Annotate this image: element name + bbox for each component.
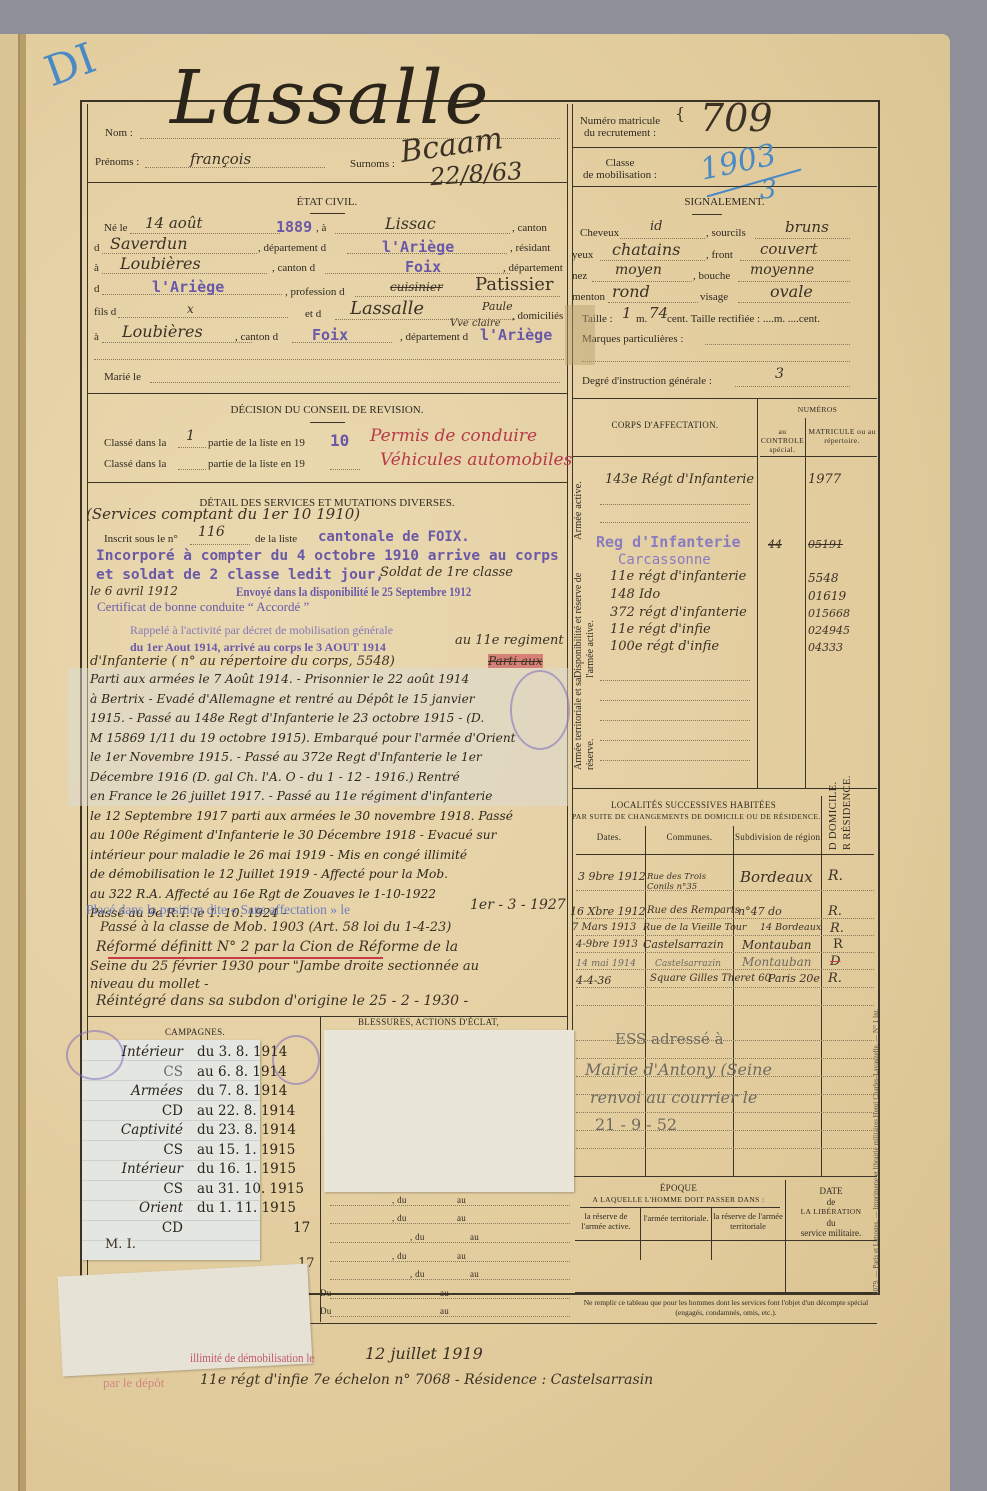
pencil-note-4: 21 - 9 - 52: [595, 1115, 677, 1134]
reforme-line-1: Réformé définitt N° 2 par la Cion de Réf…: [96, 939, 458, 955]
row-line: [330, 1223, 570, 1224]
partie-label-1: partie de la liste en 19: [208, 437, 305, 449]
campagne-from: du 23. 8. 1914: [183, 1121, 296, 1141]
classe-divider: [572, 186, 877, 187]
nez-value: moyen: [615, 262, 662, 278]
classe-label-line-1: Classe: [575, 157, 665, 169]
permis-note-2: Véhicules automobiles: [380, 450, 572, 470]
profession-value: Patissier: [475, 274, 554, 295]
col-subdivision: Subdivision de région.: [735, 832, 820, 842]
residant-value: Loubières: [120, 254, 201, 273]
yeux-value: chatains: [612, 240, 680, 259]
matricule-cell: 024945: [808, 624, 850, 637]
profession-label: , profession d: [285, 286, 345, 298]
instruction-label: Degré d'instruction générale :: [582, 375, 712, 387]
epoque-col-1: la réserve de l'armée active.: [574, 1211, 638, 1231]
departement3-value: l'Ariège: [480, 326, 552, 344]
bouche-value: moyenne: [750, 262, 814, 278]
residant-label: , résidant: [510, 242, 550, 254]
campagne-to: 17: [183, 1219, 310, 1239]
classe-label-line-2: de mobilisation :: [575, 169, 665, 181]
history-line: 1915. - Passé au 148e Regt d'Infanterie …: [90, 709, 565, 729]
loc-commune: Square Gilles Theret 60: [650, 973, 771, 984]
campagne-code: CS: [88, 1141, 183, 1161]
reintegre-line: Réintégré dans sa subdon d'origine le 25…: [96, 993, 468, 1009]
inscrit-label: Inscrit sous le n°: [104, 533, 178, 545]
departement2-label: , département: [503, 262, 563, 274]
campagne-entry: Orient du 1. 11. 1915: [88, 1199, 328, 1219]
field-line: [735, 386, 850, 387]
book-spine: [0, 34, 20, 1491]
corps-title: CORPS D'AFFECTATION.: [575, 420, 755, 430]
classe-line: Passé à la classe de Mob. 1903 (Art. 58 …: [100, 920, 451, 935]
campagne-label: Intérieur: [88, 1043, 183, 1063]
loc-subdivision: n°47 do: [738, 905, 782, 918]
numeros-title: NUMÉROS: [760, 405, 875, 414]
col-communes: Communes.: [647, 832, 732, 842]
du-label: , du: [410, 1269, 425, 1279]
au-label: au: [440, 1288, 449, 1298]
loc-dr: R.: [828, 971, 842, 986]
liste-label: de la liste: [255, 533, 297, 545]
matricule-label-line-2: du recrutement :: [575, 127, 665, 139]
campagne-entry: Intérieur du 16. 1. 1915: [88, 1160, 328, 1180]
corps-row: 11e régt d'infie: [610, 622, 711, 637]
services-note: (Services comptant du 1er 10 1910): [86, 505, 360, 523]
row-line: [576, 890, 874, 891]
d-label: d: [94, 242, 100, 254]
canton-value: Saverdun: [110, 234, 188, 253]
loc-date: 7 Mars 1913: [572, 922, 636, 933]
departement3-label: , département d: [400, 331, 468, 343]
row-line: [600, 522, 750, 523]
dr-divider: [821, 796, 822, 1026]
row-line: [600, 720, 750, 721]
canton3-value: Foix: [312, 326, 348, 344]
loc-dr: R.: [830, 921, 844, 936]
yeux-label: yeux: [572, 249, 593, 261]
domicilies-label: , domiciliés: [512, 310, 563, 322]
marie-label: Marié le: [104, 371, 141, 383]
birthplace: Lissac: [385, 214, 436, 233]
epoque-subtitle: A LAQUELLE L'HOMME DOIT PASSER DANS :: [572, 1195, 785, 1204]
field-line: [118, 317, 288, 318]
soldat-hand: Soldat de 1re classe: [380, 565, 513, 580]
field-line: [335, 233, 510, 234]
dom-value: Loubières: [122, 322, 203, 341]
ne-le-value: 14 août: [145, 214, 203, 232]
bouche-label: , bouche: [693, 270, 730, 282]
au-label: au: [470, 1269, 479, 1279]
history-line: en France le 26 juillet 1917. - Passé au…: [90, 787, 565, 807]
loc-dr: R.: [828, 868, 843, 884]
field-line: [582, 361, 850, 362]
header-divider: [580, 1207, 780, 1208]
title-underline: [310, 213, 345, 214]
date-title-line: DATE: [787, 1186, 875, 1197]
birth-year: 1889: [276, 218, 312, 236]
prenoms-value: françois: [190, 150, 251, 168]
campagne-entry: CD 17: [88, 1219, 328, 1239]
row-line: [576, 1005, 874, 1006]
epoque-col-2: l'armée territoriale.: [643, 1213, 709, 1223]
date-title-line: service militaire.: [787, 1228, 875, 1239]
departement-value: l'Ariège: [382, 238, 454, 256]
struck-text: Parti aux: [488, 654, 543, 668]
matricule-cell: 04333: [808, 641, 843, 654]
du-label: , du: [392, 1195, 407, 1205]
numeros-divider: [757, 398, 758, 788]
field-line: [178, 469, 206, 470]
col-dates: Dates.: [575, 832, 643, 842]
footnote-divider: [575, 1292, 877, 1293]
d-label-2: d: [94, 283, 100, 295]
numeros-subdivider: [805, 418, 806, 788]
header-divider: [576, 854, 874, 855]
campagne-to: au 15. 1. 1915: [183, 1141, 295, 1161]
loc-subdivision: Montauban: [742, 938, 812, 952]
service-history: Parti aux armées le 7 Août 1914. - Priso…: [90, 670, 565, 924]
column-divider: [567, 104, 568, 1050]
loc-subdivision: Bordeaux: [740, 868, 813, 886]
loc-date: 16 Xbre 1912: [570, 905, 646, 918]
loc-date: 3 9bre 1912: [578, 870, 646, 883]
corps-row: Reg d'Infanterie: [596, 533, 741, 551]
campagne-entry: Intérieur du 3. 8. 1914: [88, 1043, 328, 1063]
front-label: , front: [706, 249, 733, 261]
classe-label-1: Classé dans la: [104, 437, 166, 449]
section-active: Armée active.: [573, 481, 584, 540]
footer-stamp-2: par le dépôt: [103, 1375, 164, 1391]
dom-a: à: [94, 331, 99, 343]
row-line: [330, 1205, 570, 1206]
du-label: , du: [410, 1232, 425, 1242]
col-domicile: D DOMICILE.: [828, 781, 839, 850]
du-cap: Du: [320, 1306, 332, 1316]
campagne-entry: Armées du 7. 8. 1914: [88, 1082, 328, 1102]
campagne-label: Intérieur: [88, 1160, 183, 1180]
permis-note-1: Permis de conduire: [370, 426, 537, 446]
epoque-footnote: Ne remplir ce tableau que pour les homme…: [575, 1298, 877, 1318]
pencil-note-2: Mairie d'Antony (Seine: [585, 1060, 772, 1079]
col-controle: au CONTROLE spécial.: [760, 427, 805, 454]
canton3-label: , canton d: [235, 331, 278, 343]
inscrit-value: 116: [198, 524, 225, 540]
campagne-from: du 3. 8. 1914: [183, 1043, 287, 1063]
campagnes-title: CAMPAGNES.: [165, 1027, 225, 1037]
field-line: [755, 238, 850, 239]
row-line: [576, 1148, 874, 1149]
history-line: intérieur pour maladie le 26 mai 1919 - …: [90, 846, 565, 866]
matricule-cell: 1977: [808, 472, 841, 487]
matricule-value: 709: [700, 96, 773, 140]
footer-hand-1: 12 juillet 1919: [365, 1344, 483, 1363]
mere-prenom: Paule: [482, 300, 513, 313]
corps-row: 11e régt d'infanterie: [610, 569, 746, 584]
epoque-top-divider: [572, 1176, 877, 1177]
loc-date: 4-4-36: [576, 974, 611, 987]
loc-subdivision: 14 Bordeaux: [760, 922, 821, 933]
row-line: [330, 1316, 570, 1317]
rappel-line-2: du 1er Aout 1914, arrivé au corps le 3 A…: [130, 640, 386, 655]
mere-value: Lassalle: [350, 298, 424, 319]
campagne-code: CS: [88, 1063, 183, 1083]
visage-label: visage: [700, 291, 728, 303]
loc-commune: Castelsarrazin: [655, 959, 721, 969]
row-line: [600, 700, 750, 701]
rappel-hand-2: d'Infanterie ( n° au répertoire du corps…: [90, 654, 395, 669]
au-label: au: [457, 1195, 466, 1205]
matricule-label: Numéro matricule du recrutement :: [575, 115, 665, 139]
departement2-value: l'Ariège: [152, 278, 224, 296]
field-line: [705, 344, 850, 345]
sourcils-value: bruns: [785, 218, 829, 236]
section-disponibilite: Disponibilité et réserve de l'armée acti…: [573, 548, 597, 678]
profession-struck: cuisinier: [390, 280, 443, 294]
tape-mark: [565, 305, 595, 365]
surnoms-label: Surnoms :: [350, 158, 395, 170]
col-divider: [711, 1208, 712, 1260]
matricule-cell: 05191: [808, 538, 843, 551]
reforme-line-3: niveau du mollet -: [90, 977, 209, 992]
nez-label: nez: [572, 270, 587, 282]
campagne-code: CD: [88, 1102, 183, 1122]
campagne-entry: CD au 22. 8. 1914: [88, 1102, 328, 1122]
partie-value-1: 1: [186, 428, 195, 444]
loc-dr: R.: [828, 904, 842, 919]
campagne-code: CD: [88, 1219, 183, 1239]
sourcils-label: , sourcils: [706, 227, 746, 239]
front-value: couvert: [760, 240, 818, 258]
campagne-from: du 1. 11. 1915: [183, 1199, 296, 1219]
row-line: [576, 987, 874, 988]
canton-label: , canton: [512, 222, 547, 234]
row-line: [600, 680, 750, 681]
prenoms-label: Prénoms :: [95, 156, 139, 168]
title-underline: [692, 214, 722, 215]
departement-label: , département d: [258, 242, 326, 254]
field-line: [190, 544, 250, 545]
signalement-title: SIGNALEMENT.: [572, 196, 877, 208]
field-line: [738, 302, 850, 303]
a-label: , à: [316, 222, 326, 234]
cheveux-value: id: [650, 219, 662, 234]
taille-cm: 74: [649, 304, 668, 322]
footer-hand-2: 11e régt d'infie 7e échelon n° 7068 - Ré…: [200, 1372, 653, 1388]
row-line: [576, 969, 874, 970]
campagne-to: au 6. 8. 1914: [183, 1063, 287, 1083]
pere-value: x: [187, 302, 194, 316]
date-liberation-title: DATE de LA LIBÉRATION du service militai…: [787, 1186, 875, 1239]
header-divider: [575, 1240, 877, 1241]
instruction-value: 3: [775, 366, 784, 382]
date-title-line: du: [787, 1218, 875, 1229]
loc-dr: R: [833, 937, 843, 952]
field-line: [150, 382, 560, 383]
taille-m-label: m.: [636, 313, 647, 325]
field-line: [178, 447, 206, 448]
col-matricule: MATRICULE ou au répertoire.: [807, 427, 877, 445]
du-label: , du: [392, 1213, 407, 1223]
title-underline: [310, 422, 345, 423]
campagne-label: Orient: [88, 1199, 183, 1219]
col-divider: [640, 1208, 641, 1260]
loc-commune: Rue des Trois Conils n°35: [647, 872, 732, 892]
field-line: [620, 238, 705, 239]
corps-row: Carcassonne: [618, 552, 711, 568]
reforme-line-2: Seine du 25 février 1930 pour "Jambe dro…: [90, 959, 479, 974]
loc-subdivision: Montauban: [742, 955, 812, 969]
date-title-line: LA LIBÉRATION: [787, 1207, 875, 1218]
taille-cm-label: cent. Taille rectifiée : ....m. ....cent…: [667, 313, 820, 325]
campagne-label: Captivité: [88, 1121, 183, 1141]
sans-affectation-date: 1er - 3 - 1927: [470, 897, 566, 913]
row-line: [576, 1112, 874, 1113]
au-label: au: [470, 1232, 479, 1242]
campagne-from: du 7. 8. 1914: [183, 1082, 287, 1102]
campagne-label: Armées: [88, 1082, 183, 1102]
nom-label: Nom :: [105, 127, 133, 139]
field-line: [355, 296, 560, 297]
history-line: de démobilisation le 12 Juillet 1919 - A…: [90, 865, 565, 885]
controle-cell: 44: [768, 538, 782, 551]
row-line: [600, 504, 750, 505]
history-line: à Bertrix - Evadé d'Allemagne et rentré …: [90, 690, 565, 710]
history-line: Parti aux armées le 7 Août 1914. - Priso…: [90, 670, 565, 690]
col-residence: R RÉSIDENCE.: [842, 775, 853, 850]
matricule-label-line-1: Numéro matricule: [575, 115, 665, 127]
loc-date: 14 mai 1914: [576, 958, 636, 969]
conseil-title: DÉCISION DU CONSEIL DE REVISION.: [87, 404, 567, 416]
field-line: [94, 359, 564, 360]
partie-label-2: partie de la liste en 19: [208, 458, 305, 470]
pencil-note-3: renvoi au courrier le: [590, 1088, 757, 1107]
matricule-cell: 01619: [808, 589, 846, 603]
field-line: [600, 260, 705, 261]
epoque-col-3: la réserve de l'armée territoriale: [713, 1211, 783, 1231]
fils-label: fils d: [94, 306, 116, 318]
campagne-from: du 16. 1. 1915: [183, 1160, 296, 1180]
date-title-line: de: [787, 1197, 875, 1208]
field-line: [102, 273, 267, 274]
visage-value: ovale: [770, 282, 813, 301]
du-label: , du: [392, 1251, 407, 1261]
campagne-to: au 22. 8. 1914: [183, 1102, 295, 1122]
blessures-title: BLESSURES, ACTIONS D'ÉCLAT,: [358, 1017, 499, 1027]
section-territoriale: Armée territoriale et sa réserve.: [573, 670, 597, 770]
campagne-entry: CS au 6. 8. 1914: [88, 1063, 328, 1083]
localites-title: LOCALITÉS SUCCESSIVES HABITÉES: [572, 800, 815, 810]
corps-row: 100e régt d'infie: [610, 639, 719, 654]
row-line: [576, 918, 874, 919]
row-line: [600, 740, 750, 741]
loc-date: 4-9bre 1913: [576, 939, 638, 950]
soldat-date-hand: le 6 avril 1912: [90, 584, 178, 598]
incorpore-stamp: Incorporé à compter du 4 octobre 1910 ar…: [96, 548, 559, 564]
campagne-entry: CS au 15. 1. 1915: [88, 1141, 328, 1161]
au-label: au: [457, 1213, 466, 1223]
rappel-hand-1: au 11e regiment: [455, 633, 564, 648]
du-cap: Du: [320, 1288, 332, 1298]
conseil-divider: [87, 482, 567, 483]
row-line: [330, 1242, 570, 1243]
loc-subdivision: Paris 20e: [768, 972, 820, 985]
etat-civil-divider: [87, 393, 567, 394]
etat-civil-title: ÉTAT CIVIL.: [87, 196, 567, 208]
et-label: et d: [305, 308, 321, 320]
col-divider: [821, 1026, 822, 1176]
sans-affectation-stamp: Placé dans la position dite « Sans affec…: [86, 902, 350, 918]
canton2-value: Foix: [405, 258, 441, 276]
rappel-line-1: Rappelé à l'activité par décret de mobil…: [130, 623, 393, 638]
loc-commune: Rue de la Vieille Tour: [643, 922, 746, 933]
brace: {: [675, 104, 685, 123]
canton2-label: , canton d: [272, 262, 315, 274]
corps-row: 372 régt d'infanterie: [610, 605, 747, 620]
row-line: [600, 760, 750, 761]
classe-label-2: Classé dans la: [104, 458, 166, 470]
corps-row: 143e Régt d'Infanterie: [605, 472, 754, 487]
taille-m: 1: [622, 304, 632, 322]
menton-label: menton: [572, 291, 605, 303]
history-line: M 15869 1/11 du 19 octobre 1915). Embarq…: [90, 729, 565, 749]
loc-dr: D: [830, 954, 840, 969]
campagnes-list: Intérieur du 3. 8. 1914 CS au 6. 8. 1914…: [88, 1043, 328, 1238]
signalement-divider: [572, 398, 877, 399]
history-line: au 100e Régiment d'Infanterie le 30 Déce…: [90, 826, 565, 846]
campagne-code: CS: [88, 1180, 183, 1200]
header-divider: [760, 456, 877, 457]
footer-stamp-1: illimité de démobilisation le: [190, 1350, 314, 1366]
bonne-conduite-stamp: Certificat de bonne conduite “ Accordé ”: [97, 599, 309, 615]
au-label: au: [457, 1251, 466, 1261]
campagne-trailing: M. I.: [105, 1237, 136, 1252]
history-line: le 1er Novembre 1915. - Passé au 372e Re…: [90, 748, 565, 768]
ne-le-label: Né le: [104, 222, 128, 234]
localites-subtitle: PAR SUITE DE CHANGEMENTS DE DOMICILE OU …: [572, 812, 815, 821]
header-divider: [572, 456, 757, 457]
au-label: au: [440, 1306, 449, 1316]
loc-commune: Rue des Remparts: [647, 905, 740, 916]
loc-commune: Castelsarrazin: [643, 938, 724, 951]
field-line: [102, 342, 252, 343]
pasted-blank-card: [324, 1030, 574, 1192]
epoque-title: ÉPOQUE: [572, 1183, 785, 1193]
pencil-note-1: ESS adressé à: [615, 1030, 724, 1048]
marques-label: Marques particulières :: [582, 333, 683, 345]
classe-label: Classe de mobilisation :: [575, 157, 665, 181]
cheveux-label: Cheveux: [580, 227, 619, 239]
row-line: [576, 952, 874, 953]
liste-value: cantonale de FOIX.: [318, 529, 470, 545]
row-line: [330, 1298, 570, 1299]
disponibilite-stamp: Envoyé dans la disponibilité le 25 Septe…: [236, 584, 471, 600]
residant-a: à: [94, 262, 99, 274]
row-line: [576, 935, 874, 936]
header-divider: [87, 182, 567, 183]
row-line: [576, 1058, 874, 1059]
year-value-1: 10: [330, 431, 349, 450]
field-line: [330, 469, 360, 470]
row-line: [330, 1261, 570, 1262]
menton-value: rond: [612, 282, 650, 301]
corps-row: 148 Ido: [610, 587, 660, 602]
history-line: Décembre 1916 (D. gal Ch. l'A. O - du 1 …: [90, 768, 565, 788]
campagne-entry: Captivité du 23. 8. 1914: [88, 1121, 328, 1141]
matricule-cell: 5548: [808, 571, 839, 585]
printer-imprint: 2079. — Paris et Limoges. — Imprimerie e…: [872, 775, 880, 1295]
soldat-stamp: et soldat de 2 classe ledit jour,: [96, 567, 384, 583]
